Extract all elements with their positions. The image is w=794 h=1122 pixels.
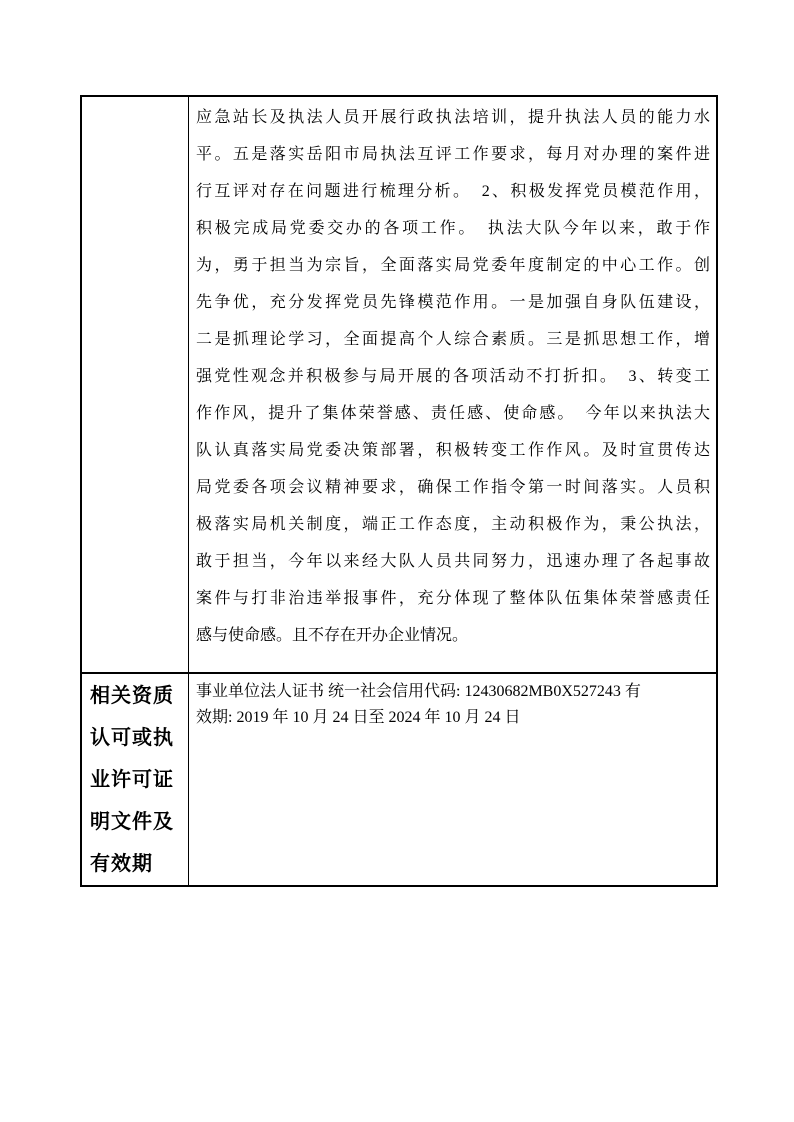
- content-line: 先争优，充分发挥党员先锋模范作用。一是加强自身队伍建设，: [196, 284, 710, 321]
- label-line: 认可或执: [90, 717, 188, 759]
- content-line: 为，勇于担当为宗旨，全面落实局党委年度制定的中心工作。创: [196, 247, 710, 284]
- row1-label-cell-empty: [82, 97, 189, 672]
- content-line: 二是抓理论学习，全面提高个人综合素质。三是抓思想工作，增: [196, 321, 710, 358]
- row2-label-cell: 相关资质认可或执业许可证明文件及有效期: [82, 674, 189, 885]
- content-line: 敢于担当，今年以来经大队人员共同努力，迅速办理了各起事故: [196, 543, 710, 580]
- label-line: 业许可证: [90, 759, 188, 801]
- info-table: 应急站长及执法人员开展行政执法培训，提升执法人员的能力水平。五是落实岳阳市局执法…: [80, 95, 718, 887]
- content-line: 作作风，提升了集体荣誉感、责任感、使命感。 今年以来执法大: [196, 395, 710, 432]
- label-line: 有效期: [90, 843, 188, 885]
- content-line: 积极完成局党委交办的各项工作。 执法大队今年以来，敢于作: [196, 210, 710, 247]
- content-line: 案件与打非治违举报事件，充分体现了整体队伍集体荣誉感责任: [196, 580, 710, 617]
- label-line: 相关资质: [90, 675, 188, 717]
- content-line: 感与使命感。且不存在开办企业情况。: [196, 617, 710, 654]
- document-page: 应急站长及执法人员开展行政执法培训，提升执法人员的能力水平。五是落实岳阳市局执法…: [0, 0, 794, 1122]
- table-row-credentials: 相关资质认可或执业许可证明文件及有效期 事业单位法人证书 统一社会信用代码: 1…: [82, 672, 716, 885]
- row1-content-cell: 应急站长及执法人员开展行政执法培训，提升执法人员的能力水平。五是落实岳阳市局执法…: [189, 97, 716, 672]
- table-row-work-summary-continued: 应急站长及执法人员开展行政执法培训，提升执法人员的能力水平。五是落实岳阳市局执法…: [82, 97, 716, 672]
- content-line: 极落实局机关制度，端正工作态度，主动积极作为，秉公执法，: [196, 506, 710, 543]
- content-line: 强党性观念并积极参与局开展的各项活动不打折扣。 3、转变工: [196, 358, 710, 395]
- content-line: 局党委各项会议精神要求，确保工作指令第一时间落实。人员积: [196, 469, 710, 506]
- content-line: 队认真落实局党委决策部署，积极转变工作作风。及时宣贯传达: [196, 432, 710, 469]
- content-line: 平。五是落实岳阳市局执法互评工作要求，每月对办理的案件进: [196, 136, 710, 173]
- cert-line: 效期: 2019 年 10 月 24 日至 2024 年 10 月 24 日: [196, 705, 710, 731]
- cert-line: 事业单位法人证书 统一社会信用代码: 12430682MB0X527243 有: [196, 679, 710, 705]
- content-line: 应急站长及执法人员开展行政执法培训，提升执法人员的能力水: [196, 99, 710, 136]
- content-line: 行互评对存在问题进行梳理分析。 2、积极发挥党员模范作用，: [196, 173, 710, 210]
- label-line: 明文件及: [90, 801, 188, 843]
- row2-content-cell: 事业单位法人证书 统一社会信用代码: 12430682MB0X527243 有效…: [189, 674, 716, 885]
